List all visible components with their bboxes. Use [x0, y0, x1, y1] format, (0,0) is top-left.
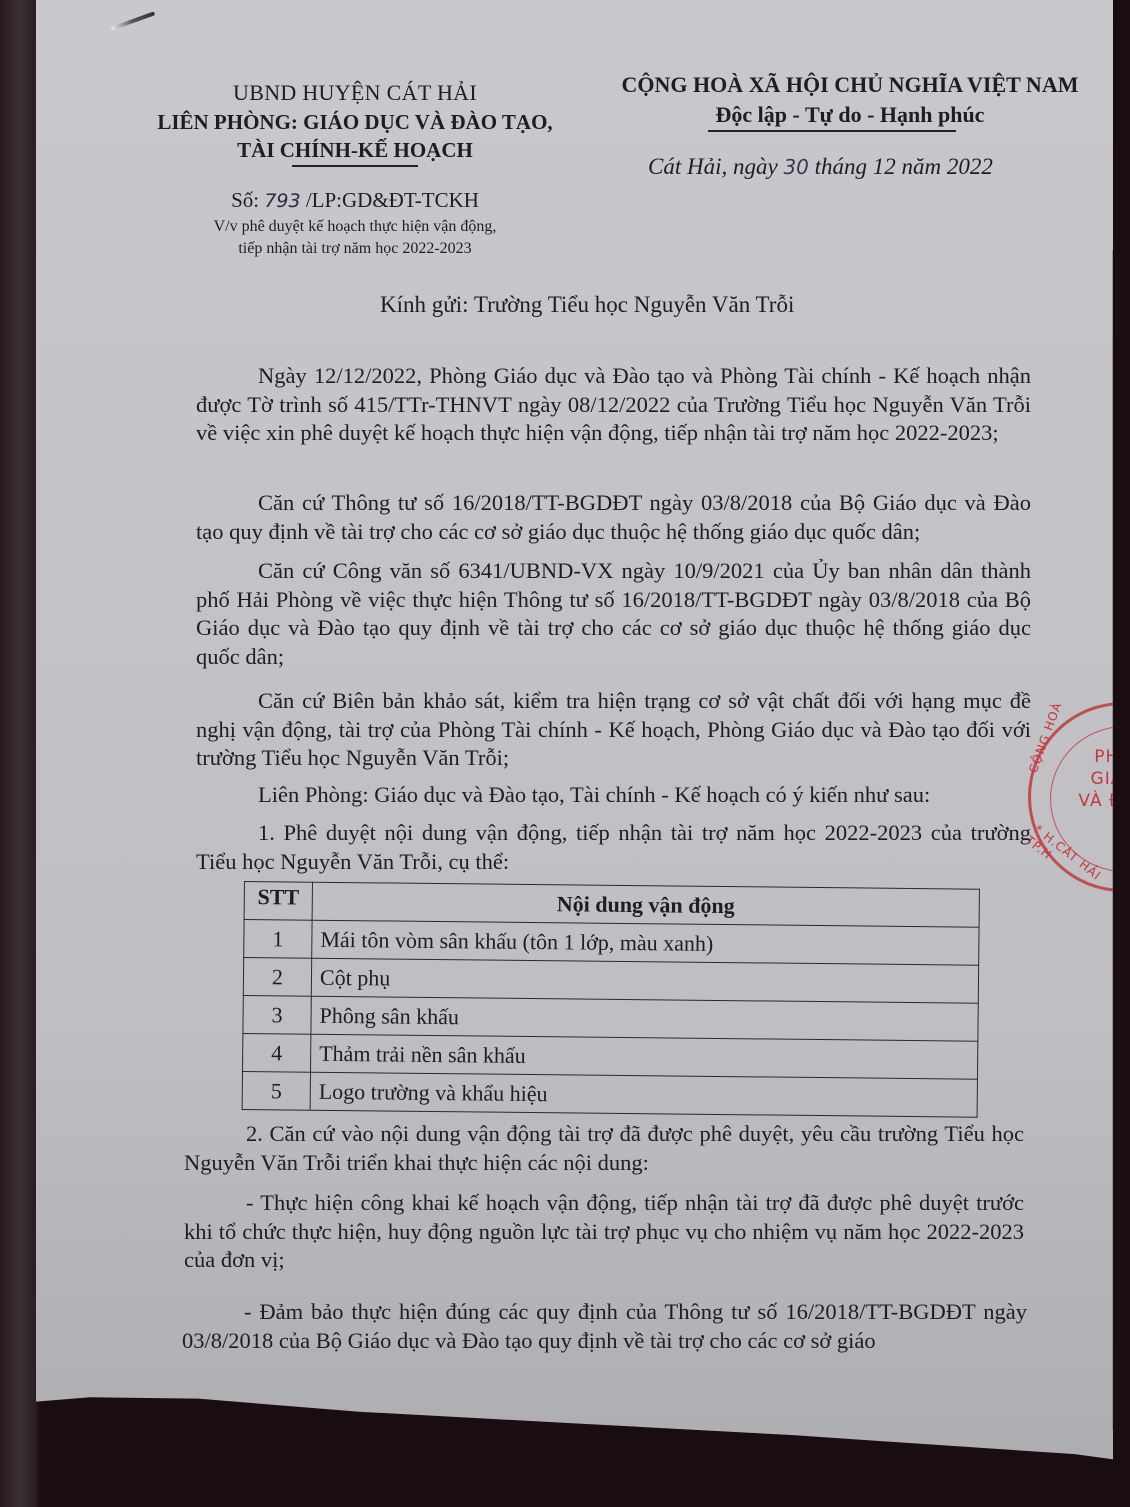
national-title: CỘNG HOÀ XÃ HỘI CHỦ NGHĨA VIỆT NAM — [580, 70, 1120, 100]
paragraph-item-1: 1. Phê duyệt nội dung vận động, tiếp nhậ… — [196, 819, 1031, 876]
paragraph-text: - Thực hiện công khai kế hoạch vận động,… — [184, 1190, 1024, 1272]
desk-background-right — [1113, 0, 1130, 1507]
paragraph-text: Căn cứ Biên bản khảo sát, kiểm tra hiện … — [196, 688, 1031, 770]
document-date: Cát Hải, ngày 30 tháng 12 năm 2022 — [648, 154, 993, 180]
paragraph-text: Ngày 12/12/2022, Phòng Giáo dục và Đào t… — [196, 363, 1031, 445]
row-number: 5 — [242, 1071, 310, 1110]
national-motto-block: CỘNG HOÀ XÃ HỘI CHỦ NGHĨA VIỆT NAM Độc l… — [580, 70, 1120, 132]
authority-line-1: UBND HUYỆN CÁT HẢI — [130, 78, 580, 108]
document-number: Số: 793 /LP:GD&ĐT-TCKH — [130, 185, 580, 216]
authority-line-3: TÀI CHÍNH-KẾ HOẠCH — [130, 136, 580, 164]
issuing-authority-block: UBND HUYỆN CÁT HẢI LIÊN PHÒNG: GIÁO DỤC … — [130, 78, 580, 260]
paragraph-text: 2. Căn cứ vào nội dung vận động tài trợ … — [184, 1121, 1024, 1175]
recipient-line: Kính gửi: Trường Tiểu học Nguyễn Văn Trỗ… — [380, 292, 794, 318]
document-number-label: Số: — [231, 188, 259, 212]
row-content: Logo trường và khẩu hiệu — [310, 1072, 977, 1117]
authority-line-2: LIÊN PHÒNG: GIÁO DỤC VÀ ĐÀO TẠO, — [130, 108, 580, 136]
paragraph-opinion: Liên Phòng: Giáo dục và Đào tạo, Tài chí… — [196, 781, 1031, 810]
paragraph-text: Liên Phòng: Giáo dục và Đào tạo, Tài chí… — [258, 782, 930, 807]
row-number: 1 — [244, 920, 312, 959]
paragraph-text: - Đảm bảo thực hiện đúng các quy định củ… — [182, 1299, 1027, 1353]
paragraph-text: 1. Phê duyệt nội dung vận động, tiếp nhậ… — [196, 820, 1031, 874]
paragraph-basis-official-letter: Căn cứ Công văn số 6341/UBND-VX ngày 10/… — [196, 557, 1031, 671]
date-suffix: tháng 12 năm 2022 — [815, 154, 993, 179]
document-number-suffix: /LP:GD&ĐT-TCKH — [306, 188, 479, 212]
paragraph-item-2: 2. Căn cứ vào nội dung vận động tài trợ … — [184, 1120, 1024, 1177]
table-row: 5 Logo trường và khẩu hiệu — [242, 1071, 977, 1117]
paragraph-text: Căn cứ Thông tư số 16/2018/TT-BGDĐT ngày… — [196, 490, 1031, 544]
row-number: 4 — [243, 1033, 311, 1072]
date-prefix: Cát Hải, ngày — [648, 154, 778, 179]
column-header-stt: STT — [244, 882, 312, 921]
row-number: 2 — [243, 958, 311, 997]
paragraph-bullet-publicize: - Thực hiện công khai kế hoạch vận động,… — [184, 1189, 1024, 1275]
date-day-handwritten: 30 — [783, 155, 808, 179]
row-number: 3 — [243, 995, 311, 1034]
paragraph-basis-survey: Căn cứ Biên bản khảo sát, kiểm tra hiện … — [196, 687, 1031, 773]
subject-line-1: V/v phê duyệt kế hoạch thực hiện vận độn… — [130, 216, 580, 238]
subject-line-2: tiếp nhận tài trợ năm học 2022-2023 — [130, 238, 580, 260]
paragraph-text: Căn cứ Công văn số 6341/UBND-VX ngày 10/… — [196, 558, 1031, 669]
paragraph-basis-circular: Căn cứ Thông tư số 16/2018/TT-BGDĐT ngày… — [196, 489, 1031, 546]
motto-underline — [708, 130, 956, 132]
document-number-handwritten: 793 — [264, 190, 300, 212]
paragraph-intro: Ngày 12/12/2022, Phòng Giáo dục và Đào t… — [196, 362, 1031, 448]
national-motto: Độc lập - Tự do - Hạnh phúc — [580, 100, 1120, 130]
authority-underline — [292, 165, 418, 167]
paragraph-bullet-compliance: - Đảm bảo thực hiện đúng các quy định củ… — [182, 1298, 1027, 1355]
campaign-content-table: STT Nội dung vận động 1 Mái tôn vòm sân … — [242, 881, 980, 1118]
